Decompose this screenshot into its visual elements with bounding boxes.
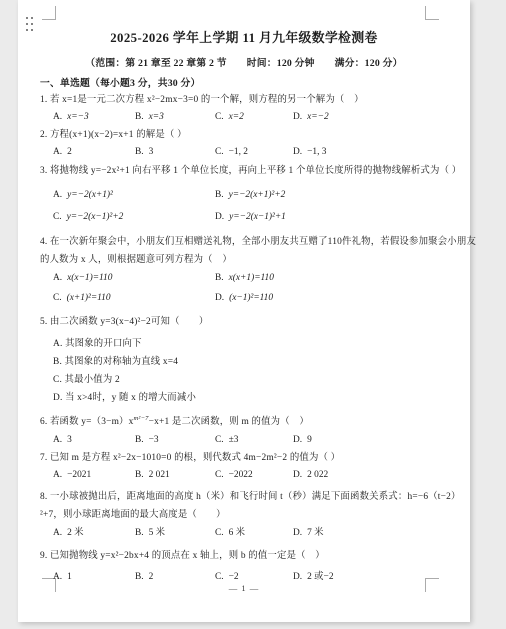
option-c: C.(x+1)²=110 [53, 293, 111, 304]
option-label: D. [293, 435, 302, 445]
option-text: x=−3 [67, 112, 89, 122]
option-text: 2 022 [307, 470, 328, 480]
option-label: A. [53, 572, 62, 582]
option-c: C.−2 [215, 572, 239, 583]
drag-handle-dots-icon[interactable] [26, 17, 33, 31]
option-label: A. [53, 470, 62, 480]
question-8-stem-line-1: 8. 一小球被抛出后，距离地面的高度 h（米）和飞行时间 t（秒）满足下面函数关… [40, 492, 461, 503]
exam-subtitle: （范围：第 21 章至 22 章第 2 节 时间：120 分钟 满分：120 分… [18, 58, 470, 69]
option-b: B.x=3 [135, 112, 164, 123]
option-text: 5 米 [149, 528, 165, 538]
option-text: 2 [67, 147, 72, 157]
question-7-options: A.−2021 B.2 021 C.−2022 D.2 022 [53, 470, 465, 482]
option-label: C. [215, 435, 224, 445]
option-label: C. [215, 147, 224, 157]
question-3-options-row-1: A.y=−2(x+1)² B.y=−2(x+1)²+2 [53, 190, 465, 202]
question-5-option-d: D. 当 x>4时，y 随 x 的增大而减小 [53, 393, 196, 404]
option-label: C. [215, 572, 224, 582]
option-a: A.−2021 [53, 470, 91, 481]
option-text: 当 x>4时，y 随 x 的增大而减小 [65, 393, 196, 403]
option-label: D. [215, 212, 224, 222]
option-label: D. [293, 528, 302, 538]
option-text: 2 021 [149, 470, 170, 480]
option-d: D.x=−2 [293, 112, 329, 123]
question-5-option-c: C. 其最小值为 2 [53, 375, 120, 386]
option-b: B.2 [135, 572, 153, 583]
option-d: D.2 或−2 [293, 572, 334, 583]
option-label: A. [53, 435, 62, 445]
option-d: D.−1, 3 [293, 147, 326, 158]
option-label: C. [215, 470, 224, 480]
option-c: C.±3 [215, 435, 238, 446]
option-text: 7 米 [307, 528, 323, 538]
option-text: −1, 3 [307, 147, 326, 157]
exponent: m²−7 [134, 415, 149, 422]
question-6-stem: 6. 若函数 y=（3−m）xm²−7−x+1 是二次函数，则 m 的值为（ ） [40, 417, 309, 428]
question-2-stem: 2. 方程(x+1)(x−2)=x+1 的解是（ ） [40, 130, 187, 141]
margin-corner-mark-top-left [42, 6, 56, 20]
option-label: C. [53, 293, 62, 303]
option-text: 1 [67, 572, 72, 582]
option-b: B.y=−2(x+1)²+2 [215, 190, 285, 201]
option-c: C.y=−2(x−1)²+2 [53, 212, 123, 223]
option-label: B. [135, 470, 144, 480]
option-c: C.6 米 [215, 528, 245, 539]
option-text: −1, 2 [229, 147, 248, 157]
document-viewer: 2025-2026 学年上学期 11 月九年级数学检测卷 （范围：第 21 章至… [0, 0, 506, 629]
option-label: B. [135, 528, 144, 538]
question-8-stem-line-2: ²+7，则小球距离地面的最大高度是（ ） [40, 510, 226, 521]
option-text: ±3 [229, 435, 239, 445]
option-label: D. [293, 112, 302, 122]
question-1-stem: 1. 若 x=1是一元二次方程 x²−2mx−3=0 的一个解，则方程的另一个解… [40, 95, 364, 106]
option-label: D. [293, 147, 302, 157]
option-text: −2 [229, 572, 239, 582]
option-a: A.2 [53, 147, 72, 158]
option-d: D.9 [293, 435, 312, 446]
question-2-options: A.2 B.3 C.−1, 2 D.−1, 3 [53, 147, 465, 159]
option-label: C. [215, 528, 224, 538]
option-a: A.2 米 [53, 528, 84, 539]
option-label: C. [53, 212, 62, 222]
option-b: B.5 米 [135, 528, 165, 539]
option-label: C. [53, 375, 62, 385]
option-text: y=−2(x+1)² [67, 190, 113, 200]
option-label: C. [215, 112, 224, 122]
option-c: C.x=2 [215, 112, 244, 123]
option-c: C.−1, 2 [215, 147, 248, 158]
option-b: B.2 021 [135, 470, 170, 481]
option-d: D.(x−1)²=110 [215, 293, 273, 304]
question-9-stem: 9. 已知抛物线 y=x²−2bx+4 的顶点在 x 轴上，则 b 的值一定是（… [40, 551, 325, 562]
option-text: 3 [149, 147, 154, 157]
option-text: 3 [67, 435, 72, 445]
option-c: C.−2022 [215, 470, 253, 481]
option-label: A. [53, 190, 62, 200]
option-label: A. [53, 112, 62, 122]
option-text: x=2 [229, 112, 244, 122]
option-label: B. [215, 273, 224, 283]
question-1-options: A.x=−3 B.x=3 C.x=2 D.x=−2 [53, 112, 465, 124]
option-text: 其图象的对称轴为直线 x=4 [65, 357, 179, 367]
option-text: 2 米 [67, 528, 83, 538]
option-a: A.1 [53, 572, 72, 583]
option-text: −3 [149, 435, 159, 445]
option-label: B. [135, 435, 144, 445]
question-5-stem: 5. 由二次函数 y=3(x−4)²−2可知（ ） [40, 317, 208, 328]
option-label: D. [293, 470, 302, 480]
option-b: B.3 [135, 147, 153, 158]
option-label: A. [53, 147, 62, 157]
option-label: D. [215, 293, 224, 303]
option-label: B. [135, 112, 144, 122]
option-label: A. [53, 339, 63, 349]
option-d: D.2 022 [293, 470, 328, 481]
option-text: 2 [149, 572, 154, 582]
option-label: A. [53, 528, 62, 538]
option-text: 2 或−2 [307, 572, 333, 582]
option-label: B. [135, 572, 144, 582]
option-label: B. [53, 357, 62, 367]
section-heading: 一、单选题（每小题3 分，共30 分） [40, 78, 201, 89]
option-text: (x−1)²=110 [229, 293, 273, 303]
option-text: −2021 [67, 470, 91, 480]
question-4-options-row-1: A.x(x−1)=110 B.x(x+1)=110 [53, 273, 465, 285]
option-label: B. [215, 190, 224, 200]
question-6-options: A.3 B.−3 C.±3 D.9 [53, 435, 465, 447]
option-text: (x+1)²=110 [67, 293, 111, 303]
exam-title: 2025-2026 学年上学期 11 月九年级数学检测卷 [18, 33, 470, 44]
question-4-options-row-2: C.(x+1)²=110 D.(x−1)²=110 [53, 293, 465, 305]
option-text: y=−2(x+1)²+2 [229, 190, 286, 200]
option-a: A.y=−2(x+1)² [53, 190, 113, 201]
option-a: A.3 [53, 435, 72, 446]
question-4-stem-line-2: 的人数为 x 人，则根据题意可列方程为（ ） [40, 255, 232, 266]
option-d: D.y=−2(x−1)²+1 [215, 212, 286, 223]
option-label: B. [135, 147, 144, 157]
option-text: x(x+1)=110 [229, 273, 274, 283]
option-a: A.x=−3 [53, 112, 89, 123]
option-label: D. [293, 572, 302, 582]
option-text: 6 米 [229, 528, 245, 538]
option-b: B.−3 [135, 435, 159, 446]
option-label: A. [53, 273, 62, 283]
option-label: D. [53, 393, 63, 403]
margin-corner-mark-top-right [425, 6, 439, 20]
question-3-stem: 3. 将抛物线 y=−2x²+1 向右平移 1 个单位长度，再向上平移 1 个单… [40, 166, 461, 177]
option-text: 9 [307, 435, 312, 445]
option-text: y=−2(x−1)²+2 [67, 212, 124, 222]
question-5-option-b: B. 其图象的对称轴为直线 x=4 [53, 357, 178, 368]
option-text: x=3 [149, 112, 164, 122]
page-number: — 1 — [18, 583, 470, 594]
question-8-options: A.2 米 B.5 米 C.6 米 D.7 米 [53, 528, 465, 540]
option-text: 其最小值为 2 [65, 375, 120, 385]
option-text: 其图象的开口向下 [65, 339, 142, 349]
option-a: A.x(x−1)=110 [53, 273, 112, 284]
document-page: 2025-2026 学年上学期 11 月九年级数学检测卷 （范围：第 21 章至… [18, 0, 470, 622]
question-5-option-a: A. 其图象的开口向下 [53, 339, 142, 350]
option-text: y=−2(x−1)²+1 [229, 212, 286, 222]
option-d: D.7 米 [293, 528, 324, 539]
option-b: B.x(x+1)=110 [215, 273, 274, 284]
option-text: x=−2 [307, 112, 329, 122]
question-4-stem-line-1: 4. 在一次新年聚会中，小朋友们互相赠送礼物，全部小朋友共互赠了110件礼物，若… [40, 237, 476, 248]
question-3-options-row-2: C.y=−2(x−1)²+2 D.y=−2(x−1)²+1 [53, 212, 465, 224]
question-7-stem: 7. 已知 m 是方程 x²−2x−1010=0 的根，则代数式 4m−2m²−… [40, 453, 340, 464]
option-text: x(x−1)=110 [67, 273, 112, 283]
option-text: −2022 [229, 470, 253, 480]
